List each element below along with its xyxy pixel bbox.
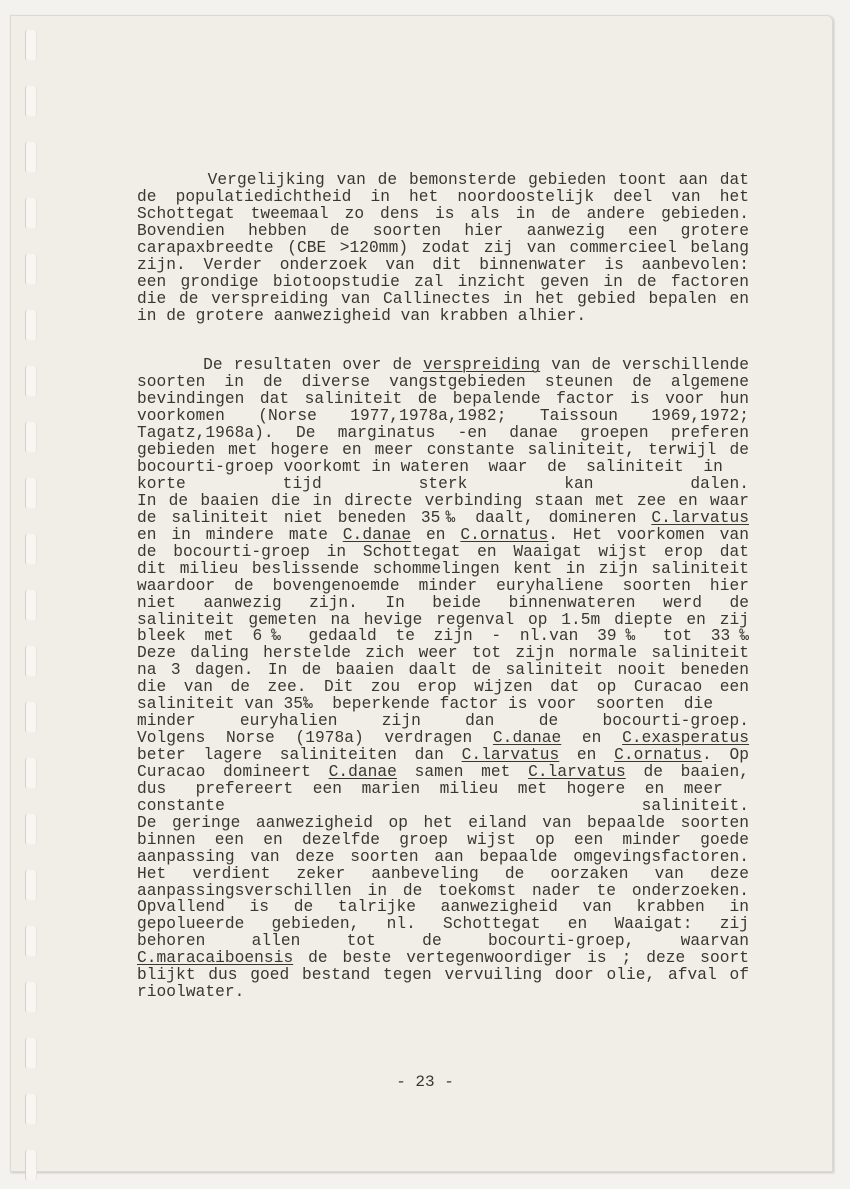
text-segment: carapaxbreedte (CBE >120mm) zodat zij va… — [137, 239, 749, 257]
text-segment: Bovendien hebben de soorten hier aanwezi… — [137, 222, 749, 240]
text-line: de populatiedichtheid in het noordoostel… — [137, 189, 749, 206]
text-line: Het verdient zeker aanbeveling de oorzak… — [137, 866, 749, 883]
text-segment: de saliniteit niet beneden 35‰ daalt, do… — [137, 509, 651, 527]
text-segment: minder euryhalien zijn dan de bocourti-g… — [137, 712, 749, 730]
text-line: de saliniteit niet beneden 35‰ daalt, do… — [137, 510, 749, 527]
text-segment: zijn. Verder onderzoek van dit binnenwat… — [137, 256, 749, 274]
text-line: Schottegat tweemaal zo dens is als in de… — [137, 206, 749, 223]
species-name: C.maracaiboensis — [137, 949, 293, 967]
text-line: In de baaien die in directe verbinding s… — [137, 493, 749, 510]
text-line: Bovendien hebben de soorten hier aanwezi… — [137, 223, 749, 240]
text-segment: In de baaien die in directe verbinding s… — [137, 492, 749, 510]
paragraph: De resultaten over de verspreiding van d… — [137, 357, 749, 1001]
text-line: voorkomen (Norse 1977,1978a,1982; Taisso… — [137, 408, 749, 425]
text-segment: en in mindere mate — [137, 526, 343, 544]
text-segment: samen met — [397, 763, 528, 781]
text-line: dus prefereert een marien milieu met hog… — [137, 781, 749, 798]
binding-hole — [25, 814, 37, 844]
text-line: binnen een en dezelfde groep wijst op ee… — [137, 832, 749, 849]
text-segment: niet aanwezig zijn. In beide binnenwater… — [137, 594, 749, 612]
binding-hole — [25, 1038, 37, 1068]
text-line: bevindingen dat saliniteit de bepalende … — [137, 391, 749, 408]
text-line: bleek met 6‰ gedaald te zijn - nl.van 39… — [137, 628, 749, 645]
binding-hole — [25, 702, 37, 732]
text-segment: bevindingen dat saliniteit de bepalende … — [137, 390, 749, 408]
text-line: gepolueerde gebieden, nl. Schottegat en … — [137, 916, 749, 933]
text-line: gebieden met hogere en meer constante sa… — [137, 442, 749, 459]
text-line: Deze daling herstelde zich weer tot zijn… — [137, 645, 749, 662]
binding-hole — [25, 198, 37, 228]
text-line: soorten in de diverse vangstgebieden ste… — [137, 374, 749, 391]
text-segment: soorten in de diverse vangstgebieden ste… — [137, 373, 749, 391]
text-segment: Curacao domineert — [137, 763, 329, 781]
text-line: zijn. Verder onderzoek van dit binnenwat… — [137, 257, 749, 274]
text-segment: De resultaten over de — [137, 356, 423, 374]
text-line: behoren allen tot de bocourti-groep, waa… — [137, 933, 749, 950]
text-segment: Schottegat tweemaal zo dens is als in de… — [137, 205, 749, 223]
text-line: De geringe aanwezigheid op het eiland va… — [137, 815, 749, 832]
species-name: C.danae — [329, 763, 397, 781]
binding-hole — [25, 1150, 37, 1180]
species-name: C.danae — [343, 526, 411, 544]
binding-hole — [25, 254, 37, 284]
text-line: dit milieu beslissende schommelingen ken… — [137, 561, 749, 578]
text-line: C.maracaiboensis de beste vertegenwoordi… — [137, 950, 749, 967]
binding-hole — [25, 478, 37, 508]
text-segment: de baaien, — [626, 763, 749, 781]
binding-hole — [25, 870, 37, 900]
text-segment: de bocourti-groep in Schottegat en Waaig… — [137, 543, 749, 561]
text-segment: in de grotere aanwezigheid van krabben a… — [137, 307, 586, 325]
text-segment: blijkt dus goed bestand tegen vervuiling… — [137, 966, 749, 984]
text-line: na 3 dagen. In de baaien daalt de salini… — [137, 662, 749, 679]
text-line: blijkt dus goed bestand tegen vervuiling… — [137, 967, 749, 984]
text-segment: die van de zee. Dit zou erop wijzen dat … — [137, 678, 749, 696]
binding-hole — [25, 646, 37, 676]
species-name: C.ornatus — [614, 746, 702, 764]
text-segment: de populatiedichtheid in het noordoostel… — [137, 188, 749, 206]
text-segment: korte tijd sterk kan dalen. — [137, 475, 749, 493]
text-line: minder euryhalien zijn dan de bocourti-g… — [137, 713, 749, 730]
text-segment: waardoor de bovengenoemde minder euryhal… — [137, 577, 749, 595]
text-segment: De geringe aanwezigheid op het eiland va… — [137, 814, 749, 832]
species-name: C.larvatus — [528, 763, 626, 781]
text-segment: na 3 dagen. In de baaien daalt de salini… — [137, 661, 749, 679]
paragraph: Vergelijking van de bemonsterde gebieden… — [137, 172, 749, 324]
text-segment: aanpassingsverschillen in de toekomst na… — [137, 882, 749, 900]
text-segment: dit milieu beslissende schommelingen ken… — [137, 560, 749, 578]
text-segment: saliniteit gemeten na hevige regenval op… — [137, 611, 749, 629]
binding-hole — [25, 926, 37, 956]
text-line: carapaxbreedte (CBE >120mm) zodat zij va… — [137, 240, 749, 257]
text-line: beter lagere saliniteiten dan C.larvatus… — [137, 747, 749, 764]
text-line: Volgens Norse (1978a) verdragen C.danae … — [137, 730, 749, 747]
text-line: saliniteit gemeten na hevige regenval op… — [137, 612, 749, 629]
binding-hole — [25, 534, 37, 564]
text-segment: gepolueerde gebieden, nl. Schottegat en … — [137, 915, 749, 933]
text-segment: en — [559, 746, 614, 764]
text-segment: en — [411, 526, 460, 544]
body-text: Vergelijking van de bemonsterde gebieden… — [137, 172, 749, 1001]
text-segment: saliniteit van 35‰ beperkende factor is … — [137, 695, 713, 713]
text-line: en in mindere mate C.danae en C.ornatus.… — [137, 527, 749, 544]
text-segment: binnen een en dezelfde groep wijst op ee… — [137, 831, 749, 849]
text-segment: Deze daling herstelde zich weer tot zijn… — [137, 644, 749, 662]
text-segment: rioolwater. — [137, 983, 244, 1001]
species-name: C.larvatus — [462, 746, 560, 764]
binding-hole — [25, 366, 37, 396]
binding-hole — [25, 310, 37, 340]
binding-hole — [25, 1094, 37, 1124]
binding-holes — [25, 23, 39, 1173]
binding-hole — [25, 758, 37, 788]
text-segment: . Op — [702, 746, 749, 764]
text-segment: Het verdient zeker aanbeveling de oorzak… — [137, 865, 749, 883]
text-line: Opvallend is de talrijke aanwezigheid va… — [137, 899, 749, 916]
species-name: C.larvatus — [651, 509, 749, 527]
text-segment: die de verspreiding van Callinectes in h… — [137, 290, 749, 308]
text-line: bocourti-groep voorkomt in wateren waar … — [137, 459, 749, 476]
text-segment: beter lagere saliniteiten dan — [137, 746, 462, 764]
text-line: een grondige biotoopstudie zal inzicht g… — [137, 274, 749, 291]
text-segment: voorkomen (Norse 1977,1978a,1982; Taisso… — [137, 407, 749, 425]
text-line: niet aanwezig zijn. In beide binnenwater… — [137, 595, 749, 612]
text-line: saliniteit van 35‰ beperkende factor is … — [137, 696, 749, 713]
text-segment: bleek met 6‰ gedaald te zijn - nl.van 39… — [137, 627, 749, 645]
text-segment: Vergelijking van de bemonsterde gebieden… — [137, 171, 749, 189]
text-segment: behoren allen tot de bocourti-groep, waa… — [137, 932, 749, 950]
text-segment: een grondige biotoopstudie zal inzicht g… — [137, 273, 749, 291]
text-line: de bocourti-groep in Schottegat en Waaig… — [137, 544, 749, 561]
binding-hole — [25, 30, 37, 60]
text-segment: bocourti-groep voorkomt in wateren waar … — [137, 458, 723, 476]
text-line: waardoor de bovengenoemde minder euryhal… — [137, 578, 749, 595]
text-line: Vergelijking van de bemonsterde gebieden… — [137, 172, 749, 189]
text-segment: Tagatz,1968a). De marginatus -en danae g… — [137, 424, 749, 442]
binding-hole — [25, 142, 37, 172]
text-segment: en — [561, 729, 622, 747]
species-name: C.exasperatus — [622, 729, 749, 747]
text-segment: Opvallend is de talrijke aanwezigheid va… — [137, 898, 749, 916]
species-name: C.danae — [493, 729, 561, 747]
text-line: in de grotere aanwezigheid van krabben a… — [137, 308, 749, 325]
text-segment: de beste vertegenwoordiger is ; deze soo… — [293, 949, 749, 967]
binding-hole — [25, 982, 37, 1012]
text-line: Tagatz,1968a). De marginatus -en danae g… — [137, 425, 749, 442]
species-name: verspreiding — [423, 356, 540, 374]
species-name: C.ornatus — [460, 526, 548, 544]
text-line: Curacao domineert C.danae samen met C.la… — [137, 764, 749, 781]
text-line: die van de zee. Dit zou erop wijzen dat … — [137, 679, 749, 696]
text-segment: aanpassing van deze soorten aan bepaalde… — [137, 848, 749, 866]
text-line: De resultaten over de verspreiding van d… — [137, 357, 749, 374]
text-line: aanpassing van deze soorten aan bepaalde… — [137, 849, 749, 866]
text-line: korte tijd sterk kan dalen. — [137, 476, 749, 493]
text-segment: constante saliniteit. — [137, 797, 749, 815]
text-line: constante saliniteit. — [137, 798, 749, 815]
text-line: rioolwater. — [137, 984, 749, 1001]
paragraph-gap — [137, 324, 749, 357]
text-line: aanpassingsverschillen in de toekomst na… — [137, 883, 749, 900]
binding-hole — [25, 590, 37, 620]
page-number: - 23 - — [0, 1073, 850, 1091]
binding-hole — [25, 422, 37, 452]
text-segment: Volgens Norse (1978a) verdragen — [137, 729, 493, 747]
text-segment: van de verschillende — [540, 356, 749, 374]
text-line: die de verspreiding van Callinectes in h… — [137, 291, 749, 308]
text-segment: . Het voorkomen van — [548, 526, 749, 544]
text-segment: dus prefereert een marien milieu met hog… — [137, 780, 723, 798]
text-segment: gebieden met hogere en meer constante sa… — [137, 441, 749, 459]
binding-hole — [25, 86, 37, 116]
